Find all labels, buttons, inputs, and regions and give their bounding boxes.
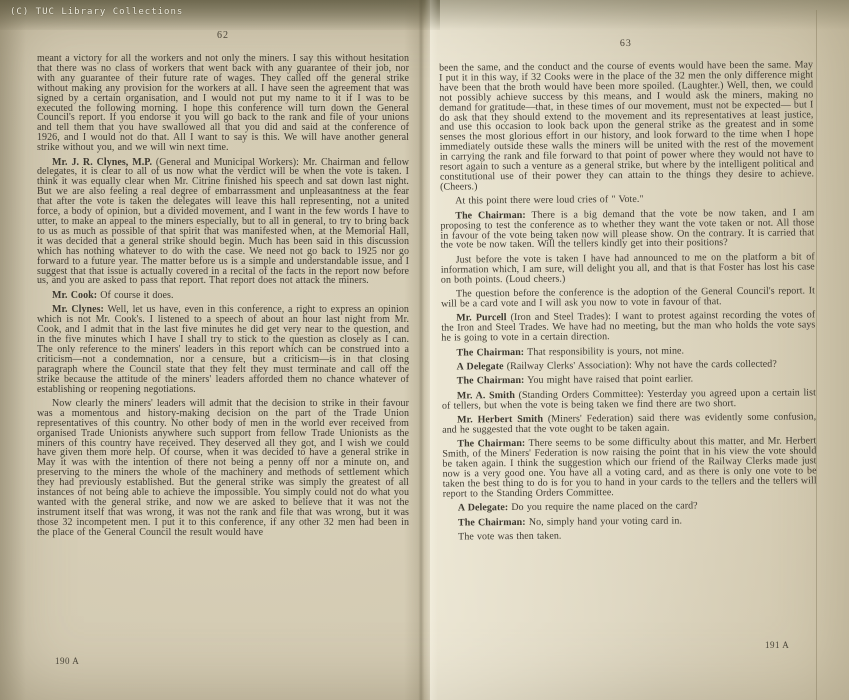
right-page-edge <box>816 10 817 700</box>
paragraph: A Delegate (Railway Clerks' Association)… <box>442 359 816 372</box>
paragraph: meant a victory for all the workers and … <box>37 54 409 153</box>
paragraph: The vote was then taken. <box>443 530 817 543</box>
speaker-name: The Chairman: <box>456 346 524 358</box>
left-page: 62 meant a victory for all the workers a… <box>37 30 409 542</box>
scanned-book-spread: (C) TUC Library Collections 62 meant a v… <box>0 0 849 700</box>
left-page-number: 62 <box>37 30 409 41</box>
paragraph: been the same, and the conduct and the c… <box>439 60 814 192</box>
speaker-name: Mr. J. R. Clynes, M.P. <box>52 157 152 168</box>
right-page-number: 63 <box>439 36 813 50</box>
paragraph: At this point there were loud cries of "… <box>440 194 814 207</box>
paragraph: The Chairman: No, simply hand your votin… <box>443 515 817 528</box>
speaker-name: The Chairman: <box>457 438 525 450</box>
speaker-name: Mr. Herbert Smith <box>457 414 543 426</box>
paragraph: Now clearly the miners' leaders will adm… <box>37 399 409 538</box>
paragraph: Mr. Clynes: Well, let us have, even in t… <box>37 305 409 394</box>
paragraph: The Chairman: That responsibility is you… <box>441 345 815 358</box>
speaker-name: A Delegate <box>457 361 504 372</box>
paragraph: The Chairman: You might have raised that… <box>442 374 816 387</box>
speaker-name: Mr. A. Smith <box>457 390 515 402</box>
paragraph: A Delegate: Do you require the name plac… <box>443 501 817 514</box>
speaker-name: Mr. Clynes: <box>52 304 104 315</box>
right-page-text: been the same, and the conduct and the c… <box>439 60 817 542</box>
library-watermark: (C) TUC Library Collections <box>10 7 183 17</box>
right-page-footer: 191 A <box>765 640 789 650</box>
left-page-footer: 190 A <box>55 656 79 666</box>
paragraph: Mr. Purcell (Iron and Steel Trades): I w… <box>441 311 815 344</box>
paragraph: The question before the conference is th… <box>441 286 815 309</box>
paragraph: Mr. J. R. Clynes, M.P. (General and Muni… <box>37 158 409 287</box>
right-page: 63 been the same, and the conduct and th… <box>439 36 817 547</box>
left-edge-shading <box>0 0 26 700</box>
speaker-name: The Chairman: <box>455 210 525 222</box>
speaker-name: The Chairman: <box>458 517 526 529</box>
paragraph: Mr. A. Smith (Standing Orders Committee)… <box>442 388 816 411</box>
paragraph: Just before the vote is taken I have had… <box>441 252 815 285</box>
speaker-name: Mr. Purcell <box>456 312 506 323</box>
paragraph: Mr. Cook: Of course it does. <box>37 291 409 301</box>
paragraph: The Chairman: There is a big demand that… <box>440 208 814 251</box>
speaker-name: The Chairman: <box>457 375 525 387</box>
speaker-name: Mr. Cook: <box>52 290 97 301</box>
paragraph: The Chairman: There seems to be some dif… <box>442 437 817 500</box>
paragraph: Mr. Herbert Smith (Miners' Federation) s… <box>442 412 816 435</box>
page-gutter-fold <box>404 0 438 700</box>
left-page-text: meant a victory for all the workers and … <box>37 54 409 538</box>
speaker-name: A Delegate: <box>458 502 508 513</box>
